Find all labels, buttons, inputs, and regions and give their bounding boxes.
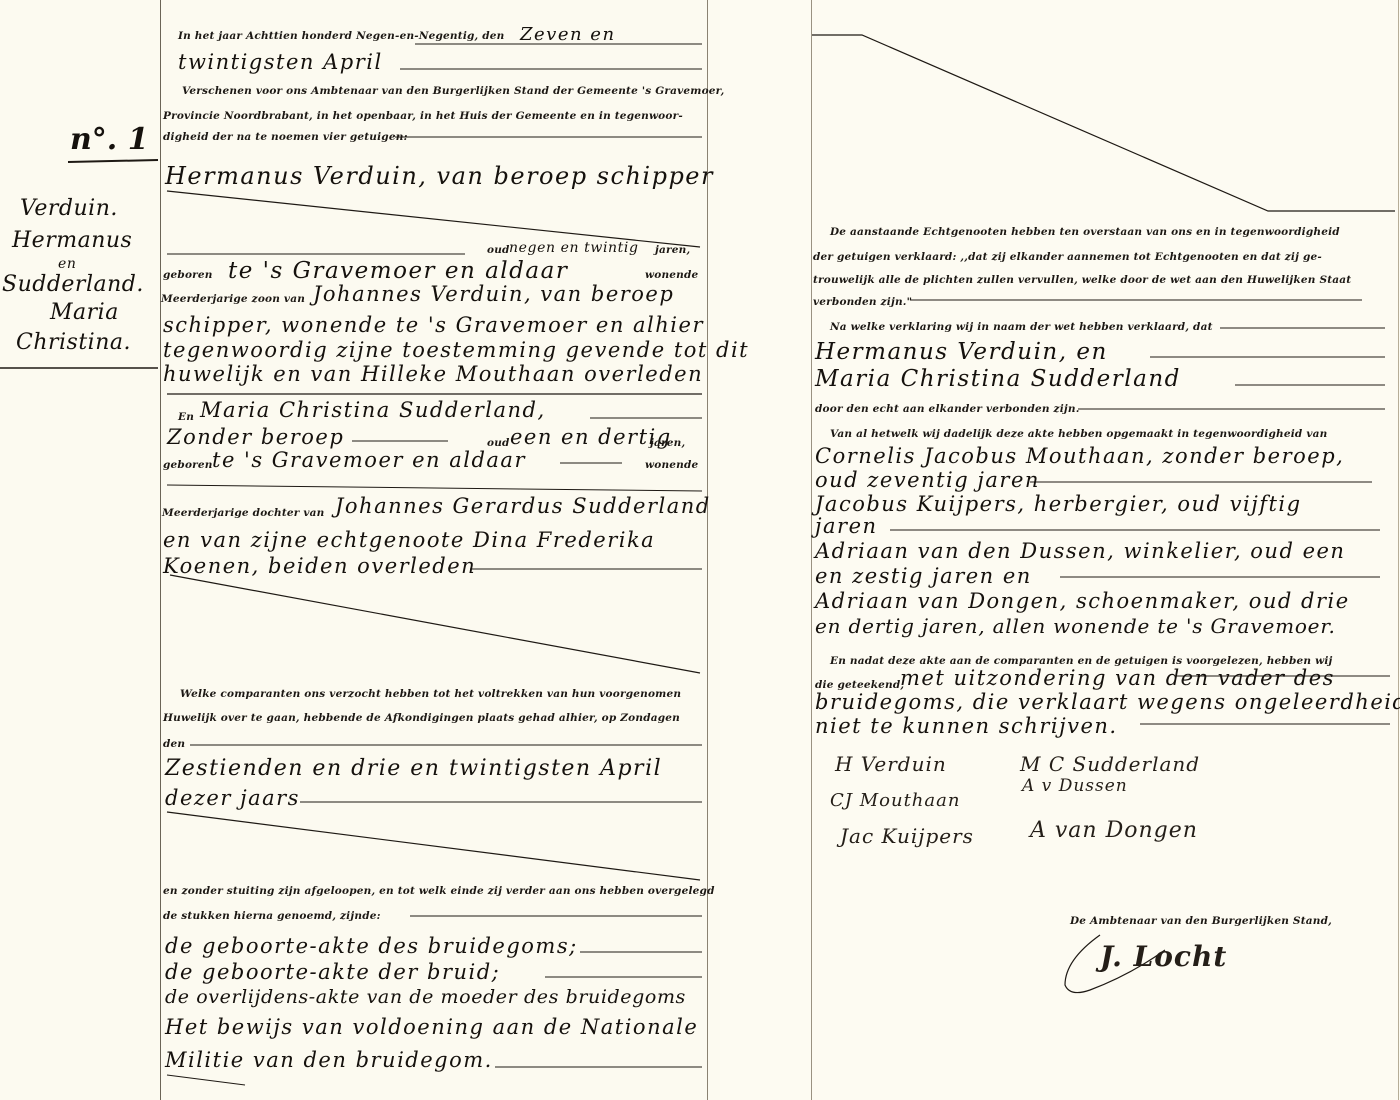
- witness-line: en zestig jaren en: [815, 564, 1032, 588]
- document-item: de geboorte-akte der bruid;: [165, 960, 500, 984]
- request-line-1: Welke comparanten ons verzocht hebben to…: [180, 688, 681, 700]
- intro-line-1: In het jaar Achttien honderd Negen-en-Ne…: [178, 30, 505, 42]
- declaration-line-1: De aanstaande Echtgenooten hebben ten ov…: [830, 226, 1340, 238]
- margin-bride-surname: Sudderland.: [2, 272, 144, 297]
- groom-age: negen en twintig: [509, 240, 639, 256]
- declaration-line-5: Na welke verklaring wij in naam der wet …: [830, 321, 1213, 333]
- groom-birthplace: te 's Gravemoer en aldaar: [228, 258, 568, 284]
- witness-line: oud zeventig jaren: [815, 468, 1040, 492]
- signature-witness-1: CJ Mouthaan: [830, 790, 960, 811]
- groom-age-suffix: jaren,: [655, 244, 690, 256]
- bride-mother: en van zijne echtgenoote Dina Frederika: [163, 528, 655, 552]
- bride-age-suffix: jaren,: [650, 437, 685, 449]
- signature-bride: M C Sudderland: [1020, 752, 1200, 776]
- groom-residing-label: wonende: [645, 269, 698, 281]
- document-item: de overlijdens-akte van de moeder des br…: [165, 986, 686, 1008]
- declaration-line-2: der getuigen verklaard: ,,dat zij elkand…: [813, 251, 1322, 263]
- margin-groom-surname: Verduin.: [20, 196, 118, 221]
- witnesses-intro: Van al hetwelk wij dadelijk deze akte he…: [830, 428, 1327, 440]
- groom-father-consent: tegenwoordig zijne toestemming gevende t…: [163, 338, 749, 362]
- bride-intro-label: En: [178, 411, 194, 423]
- closing-exception-2: bruidegoms, die verklaart wegens ongelee…: [815, 690, 1400, 714]
- documents-line-2: de stukken hierna genoemd, zijnde:: [163, 910, 381, 922]
- groom-name-occupation: Hermanus Verduin, van beroep schipper: [165, 162, 714, 190]
- registrar-signature: J. Locht: [1100, 940, 1227, 973]
- banns-dates: Zestienden en drie en twintigsten April: [165, 756, 662, 781]
- intro-line-3: Provincie Noordbrabant, in het openbaar,…: [163, 110, 683, 122]
- marriage-date-1: Zeven en: [520, 24, 616, 45]
- bride-father: Johannes Gerardus Sudderland: [335, 494, 711, 518]
- signature-witness-3: A v Dussen: [1022, 776, 1128, 796]
- document-item: Militie van den bruidegom.: [165, 1048, 493, 1072]
- groom-mother: huwelijk en van Hilleke Mouthaan overled…: [163, 362, 703, 386]
- witness-line: Cornelis Jacobus Mouthaan, zonder beroep…: [815, 444, 1344, 468]
- marriage-date-2: twintigsten April: [178, 50, 383, 74]
- witness-line: Adriaan van den Dussen, winkelier, oud e…: [815, 539, 1345, 563]
- request-line-3: den: [163, 738, 185, 750]
- margin-bride-firstname: Maria: [50, 300, 119, 325]
- couple-bride: Maria Christina Sudderland: [815, 366, 1181, 392]
- document-item: de geboorte-akte des bruidegoms;: [165, 934, 578, 958]
- declaration-line-3: trouwelijk alle de plichten zullen vervu…: [813, 274, 1351, 286]
- closing-exception-3: niet te kunnen schrijven.: [815, 714, 1118, 738]
- intro-line-2: Verschenen voor ons Ambtenaar van den Bu…: [182, 85, 725, 97]
- closing-exception-1: met uitzondering van den vader des: [900, 666, 1335, 690]
- signature-witness-4: A van Dongen: [1030, 818, 1198, 843]
- document-item: Het bewijs van voldoening aan de Nationa…: [165, 1015, 698, 1039]
- documents-line-1: en zonder stuiting zijn afgeloopen, en t…: [163, 885, 715, 897]
- couple-groom: Hermanus Verduin, en: [815, 339, 1108, 365]
- groom-father: Johannes Verduin, van beroep: [313, 282, 674, 306]
- signature-groom: H Verduin: [835, 752, 947, 776]
- bride-age: een en dertig: [510, 425, 672, 449]
- banns-year: dezer jaars: [165, 786, 300, 810]
- bride-occupation: Zonder beroep: [167, 425, 344, 449]
- witness-line: Adriaan van Dongen, schoenmaker, oud dri…: [815, 589, 1350, 613]
- declaration-line-4: verbonden zijn.": [813, 296, 912, 308]
- bride-residing-label: wonende: [645, 459, 698, 471]
- intro-line-4: digheid der na te noemen vier getuigen:: [163, 131, 408, 143]
- witness-line: jaren: [815, 514, 878, 538]
- bride-parent-label: Meerderjarige dochter van: [162, 507, 325, 519]
- bride-born-label: geboren: [163, 459, 213, 471]
- bride-birthplace: te 's Gravemoer en aldaar: [212, 448, 526, 472]
- groom-parent-label: Meerderjarige zoon van: [161, 293, 305, 305]
- record-number: n°. 1: [70, 122, 149, 157]
- witness-line: en dertig jaren, allen wonende te 's Gra…: [815, 614, 1336, 638]
- declaration-line-6: door den echt aan elkander verbonden zij…: [815, 403, 1080, 415]
- margin-conjunction: en: [58, 256, 77, 272]
- margin-groom-firstname: Hermanus: [12, 228, 132, 253]
- request-line-2: Huwelijk over te gaan, hebbende de Afkon…: [163, 712, 680, 724]
- groom-father-residence: schipper, wonende te 's Gravemoer en alh…: [163, 313, 704, 337]
- margin-bride-middlename: Christina.: [16, 330, 131, 355]
- bride-parents-status: Koenen, beiden overleden: [163, 554, 476, 578]
- signature-witness-2: Jac Kuijpers: [840, 824, 974, 848]
- groom-born-label: geboren: [163, 269, 213, 281]
- registrar-label: De Ambtenaar van den Burgerlijken Stand,: [1070, 915, 1332, 927]
- witness-line: Jacobus Kuijpers, herbergier, oud vijfti…: [815, 492, 1302, 516]
- groom-age-label: oud: [487, 244, 510, 256]
- bride-name: Maria Christina Sudderland,: [200, 398, 546, 422]
